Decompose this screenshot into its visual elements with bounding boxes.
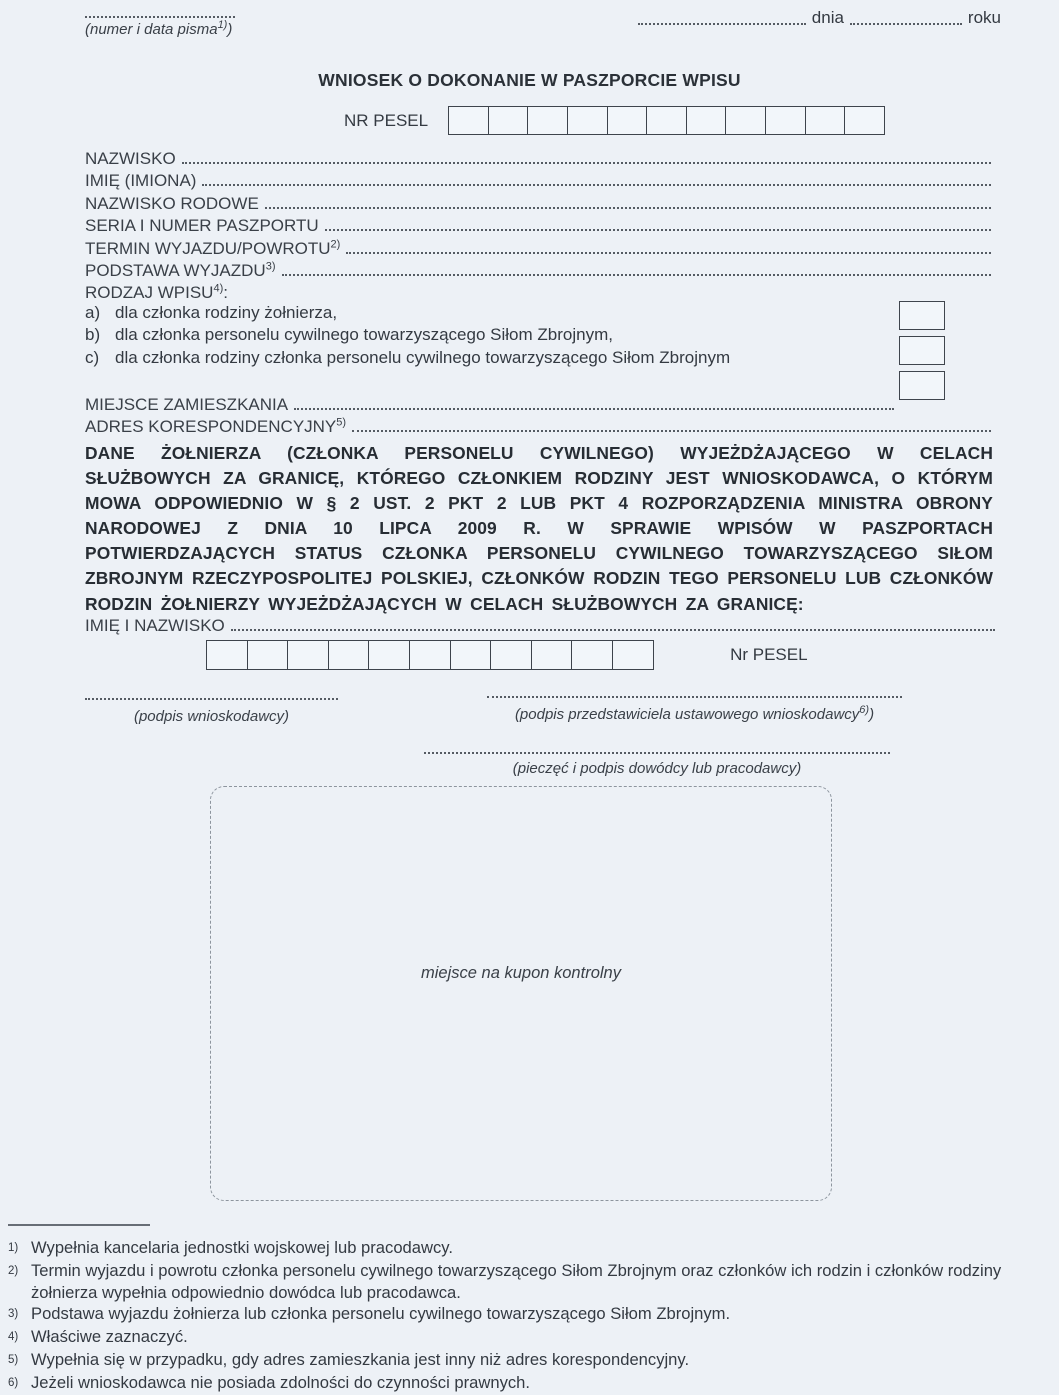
date-line: dnia roku <box>638 8 1001 28</box>
entry-option-c: c) dla członka rodziny członka personelu… <box>85 348 865 370</box>
pesel-cell[interactable] <box>368 640 410 670</box>
pesel-grid-soldier <box>206 640 654 670</box>
field-nazwisko-rodowe: NAZWISKO RODOWE <box>85 194 991 216</box>
field-podstawa-input-line[interactable] <box>282 274 992 276</box>
pesel-cell[interactable] <box>409 640 451 670</box>
field-miejsce-input-line[interactable] <box>294 408 894 410</box>
form-header: (numer i data pisma1)) dnia roku <box>85 8 1001 38</box>
field-adres-korespondencyjny: ADRES KORESPONDENCYJNY5) <box>85 417 991 439</box>
pesel-cell[interactable] <box>490 640 532 670</box>
footnote-text: Termin wyjazdu i powrotu członka persone… <box>31 1260 1051 1304</box>
field-termin-wyjazdu: TERMIN WYJAZDU/POWROTU2) <box>85 239 991 261</box>
checkbox-option-a[interactable] <box>899 301 945 330</box>
pesel-cell[interactable] <box>206 640 248 670</box>
pesel-cell[interactable] <box>527 106 568 135</box>
applicant-signature-caption: (podpis wnioskodawcy) <box>85 708 338 725</box>
field-miejsce-zamieszkania: MIEJSCE ZAMIESZKANIA <box>85 395 991 417</box>
field-imie: IMIĘ (IMIONA) <box>85 171 991 193</box>
pesel-cell[interactable] <box>328 640 370 670</box>
entry-option-a: a) dla członka rodziny żołnierza, <box>85 303 865 325</box>
footnote-marker: 2) <box>8 1260 31 1283</box>
field-paszport-input-line[interactable] <box>325 229 991 231</box>
footnote-marker: 4) <box>8 1326 31 1349</box>
option-letter: a) <box>85 303 115 323</box>
footnote-marker: 3) <box>8 1303 31 1326</box>
field-label: ADRES KORESPONDENCYJNY5) <box>85 417 346 437</box>
field-seria-numer-paszportu: SERIA I NUMER PASZPORTU <box>85 216 991 238</box>
pesel-cell[interactable] <box>450 640 492 670</box>
field-label: IMIĘ (IMIONA) <box>85 171 196 191</box>
footnote-ref-4: 4) <box>213 283 223 295</box>
pesel-cell[interactable] <box>488 106 529 135</box>
pesel-cell[interactable] <box>686 106 727 135</box>
footnote-ref-3: 3) <box>266 260 276 272</box>
pesel-cell[interactable] <box>646 106 687 135</box>
field-label: NAZWISKO <box>85 149 176 169</box>
field-imie-input-line[interactable] <box>202 184 991 186</box>
footnotes: 1) Wypełnia kancelaria jednostki wojskow… <box>8 1237 1051 1395</box>
field-nazwisko: NAZWISKO <box>85 149 991 171</box>
pesel-cell[interactable] <box>607 106 648 135</box>
footnote-text: Wypełnia kancelaria jednostki wojskowej … <box>31 1237 1051 1259</box>
entry-option-b: b) dla członka personelu cywilnego towar… <box>85 325 865 347</box>
caption-text-close: ) <box>227 21 232 38</box>
field-podstawa-wyjazdu: PODSTAWA WYJAZDU3) <box>85 261 991 283</box>
footnote-separator <box>8 1224 150 1226</box>
field-termin-input-line[interactable] <box>346 252 991 254</box>
pesel-cell[interactable] <box>567 106 608 135</box>
control-coupon-box: miejsce na kupon kontrolny <box>210 786 832 1201</box>
pesel-cell[interactable] <box>287 640 329 670</box>
footnote-1: 1) Wypełnia kancelaria jednostki wojskow… <box>8 1237 1051 1260</box>
pesel-row-soldier: Nr PESEL <box>206 640 808 670</box>
caption-text: (numer i data pisma <box>85 21 218 38</box>
option-text: dla członka rodziny członka personelu cy… <box>115 348 730 368</box>
pesel-cell[interactable] <box>448 106 489 135</box>
pesel-row-applicant: NR PESEL <box>344 106 885 135</box>
field-label: MIEJSCE ZAMIESZKANIA <box>85 395 288 415</box>
option-letter: b) <box>85 325 115 345</box>
pesel-cell[interactable] <box>765 106 806 135</box>
footnote-ref-6: 6) <box>859 704 869 716</box>
footnote-ref-5: 5) <box>336 417 346 429</box>
applicant-signature-line[interactable] <box>85 698 338 700</box>
control-coupon-label: miejsce na kupon kontrolny <box>421 964 621 983</box>
footnote-text: Wypełnia się w przypadku, gdy adres zami… <box>31 1349 1051 1371</box>
option-letter: c) <box>85 348 115 368</box>
field-adres-input-line[interactable] <box>352 430 991 432</box>
field-row: IMIĘ I NAZWISKO <box>85 616 995 638</box>
field-imie-nazwisko-zolnierza: IMIĘ I NAZWISKO <box>85 616 995 638</box>
footnote-4: 4) Właściwe zaznaczyć. <box>8 1326 1051 1349</box>
pesel-cell[interactable] <box>247 640 289 670</box>
field-label: PODSTAWA WYJAZDU3) <box>85 261 276 281</box>
footnote-2: 2) Termin wyjazdu i powrotu członka pers… <box>8 1260 1051 1304</box>
footnote-text: Właściwe zaznaczyć. <box>31 1326 1051 1348</box>
field-nazwisko-rodowe-input-line[interactable] <box>265 207 991 209</box>
field-label: IMIĘ I NAZWISKO <box>85 616 225 636</box>
pesel-label: Nr PESEL <box>730 645 807 665</box>
address-fields: MIEJSCE ZAMIESZKANIA ADRES KORESPONDENCY… <box>85 395 991 440</box>
form-title: WNIOSEK O DOKONANIE W PASZPORCIE WPISU <box>0 70 1059 91</box>
footnote-marker: 6) <box>8 1372 31 1395</box>
entry-type-options: a) dla członka rodziny żołnierza, b) dla… <box>85 303 865 370</box>
option-text: dla członka personelu cywilnego towarzys… <box>115 325 613 345</box>
dnia-label: dnia <box>812 8 844 28</box>
footnote-marker: 1) <box>8 1237 31 1260</box>
footnote-ref-2: 2) <box>331 238 341 250</box>
pesel-cell[interactable] <box>844 106 885 135</box>
representative-signature-line[interactable] <box>487 696 902 698</box>
roku-label: roku <box>968 8 1001 28</box>
date-place-line[interactable] <box>638 23 806 25</box>
date-day-line[interactable] <box>850 23 962 25</box>
field-label: TERMIN WYJAZDU/POWROTU2) <box>85 239 340 259</box>
pesel-cell[interactable] <box>571 640 613 670</box>
option-text: dla członka rodziny żołnierza, <box>115 303 337 323</box>
field-imie-nazwisko-input-line[interactable] <box>231 629 995 631</box>
document-number-line[interactable] <box>85 8 235 18</box>
footnote-text: Podstawa wyjazdu żołnierza lub członka p… <box>31 1303 1051 1325</box>
footnote-3: 3) Podstawa wyjazdu żołnierza lub członk… <box>8 1303 1051 1326</box>
document-number-area: (numer i data pisma1)) <box>85 8 365 38</box>
footnote-text: Jeżeli wnioskodawca nie posiada zdolnośc… <box>31 1372 1051 1394</box>
personal-fields: NAZWISKO IMIĘ (IMIONA) NAZWISKO RODOWE S… <box>85 149 991 306</box>
representative-signature-caption: (podpis przedstawiciela ustawowego wnios… <box>487 706 902 723</box>
legal-paragraph: DANE ŻOŁNIERZA (CZŁONKA PERSONELU CYWILN… <box>85 441 993 617</box>
field-label: SERIA I NUMER PASZPORTU <box>85 216 319 236</box>
document-number-caption: (numer i data pisma1)) <box>85 21 365 38</box>
footnote-ref-1: 1) <box>218 19 228 31</box>
field-label: RODZAJ WPISU4): <box>85 283 228 303</box>
pesel-cell[interactable] <box>612 640 654 670</box>
field-label: NAZWISKO RODOWE <box>85 194 259 214</box>
stamp-signature-caption: (pieczęć i podpis dowódcy lub pracodawcy… <box>424 760 890 777</box>
footnote-6: 6) Jeżeli wnioskodawca nie posiada zdoln… <box>8 1372 1051 1395</box>
checkbox-option-b[interactable] <box>899 336 945 365</box>
entry-type-checkboxes <box>899 301 945 406</box>
pesel-cell[interactable] <box>805 106 846 135</box>
stamp-signature-line[interactable] <box>424 752 890 754</box>
pesel-label: NR PESEL <box>344 111 428 131</box>
pesel-cell[interactable] <box>725 106 766 135</box>
footnote-marker: 5) <box>8 1349 31 1372</box>
pesel-cell[interactable] <box>531 640 573 670</box>
footnote-5: 5) Wypełnia się w przypadku, gdy adres z… <box>8 1349 1051 1372</box>
field-nazwisko-input-line[interactable] <box>182 162 991 164</box>
pesel-grid-applicant <box>448 106 885 135</box>
